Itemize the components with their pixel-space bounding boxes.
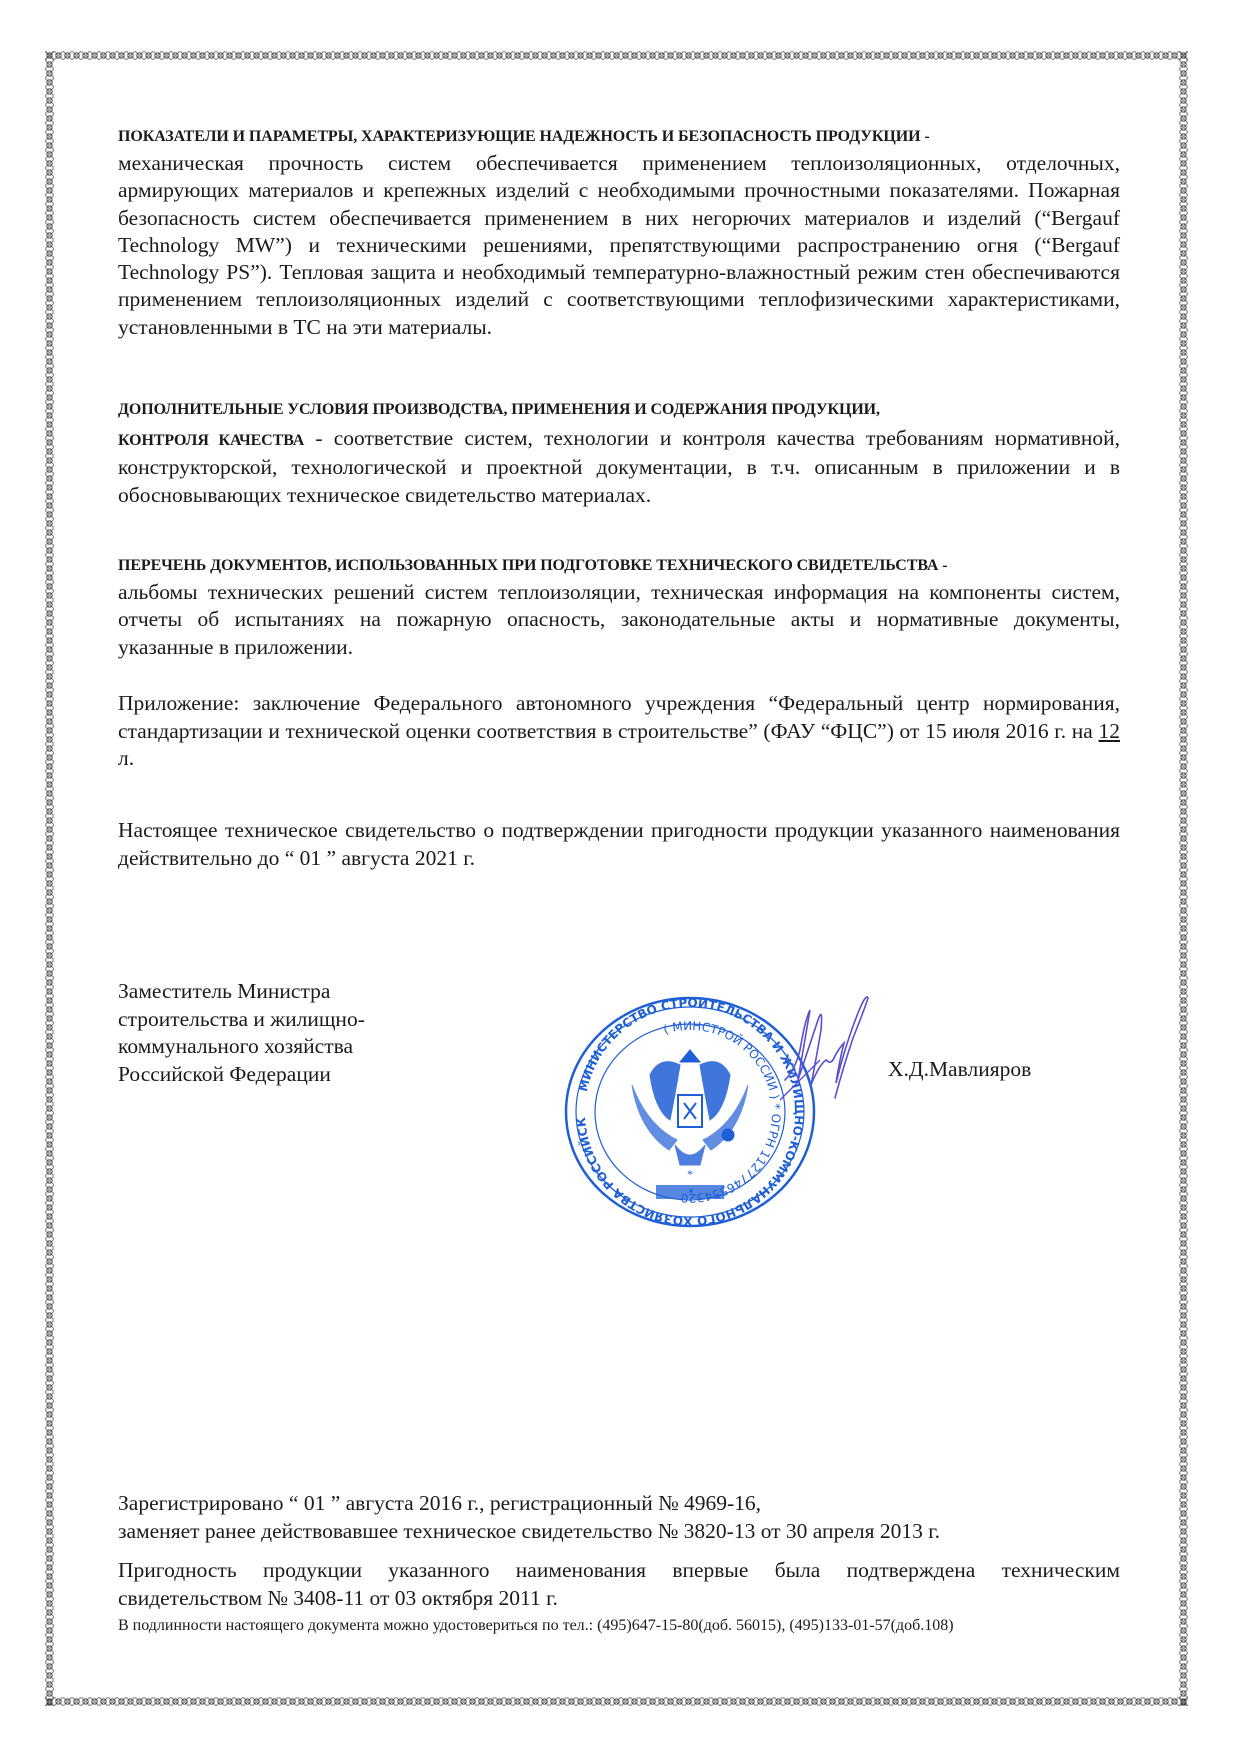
appendix-text-end: л. [118, 746, 134, 770]
section-body: механическая прочность систем обеспечива… [118, 150, 1120, 341]
signatory-position: Заместитель Министра строительства и жил… [118, 978, 365, 1088]
svg-text:*: * [687, 1167, 693, 1181]
first-confirmation-text: Пригодность продукции указанного наимено… [118, 1556, 1120, 1612]
appendix-text: Приложение: заключение Федерального авто… [118, 690, 1120, 773]
registration-line-2: заменяет ранее действовавшее техническое… [118, 1517, 1120, 1545]
appendix-pages: 12 [1099, 719, 1121, 743]
signatory-line: коммунального хозяйства [118, 1033, 365, 1061]
border-top [45, 51, 1188, 60]
section-heading: ПЕРЕЧЕНЬ ДОКУМЕНТОВ, ИСПОЛЬЗОВАННЫХ ПРИ … [118, 555, 1120, 577]
signatory-line: строительства и жилищно- [118, 1006, 365, 1034]
verification-note: В подлинности настоящего документа можно… [118, 1617, 954, 1635]
registration-info: Зарегистрировано “ 01 ” августа 2016 г.,… [118, 1489, 1120, 1545]
appendix-paragraph: Приложение: заключение Федерального авто… [118, 690, 1120, 773]
signatory-line: Заместитель Министра [118, 978, 365, 1006]
registration-line-1: Зарегистрировано “ 01 ” августа 2016 г.,… [118, 1489, 1120, 1517]
border-bottom [45, 1697, 1188, 1706]
border-left [45, 51, 54, 1706]
section-documents-list: ПЕРЕЧЕНЬ ДОКУМЕНТОВ, ИСПОЛЬЗОВАННЫХ ПРИ … [118, 555, 1120, 661]
section-heading: ДОПОЛНИТЕЛЬНЫЕ УСЛОВИЯ ПРОИЗВОДСТВА, ПРИ… [118, 399, 1120, 421]
section-additional-conditions: ДОПОЛНИТЕЛЬНЫЕ УСЛОВИЯ ПРОИЗВОДСТВА, ПРИ… [118, 399, 1120, 509]
section-reliability-safety: ПОКАЗАТЕЛИ И ПАРАМЕТРЫ, ХАРАКТЕРИЗУЮЩИЕ … [118, 126, 1120, 341]
section-heading: ПОКАЗАТЕЛИ И ПАРАМЕТРЫ, ХАРАКТЕРИЗУЮЩИЕ … [118, 126, 1120, 148]
validity-text: Настоящее техническое свидетельство о по… [118, 817, 1120, 872]
appendix-text-main: Приложение: заключение Федерального авто… [118, 691, 1120, 743]
validity-paragraph: Настоящее техническое свидетельство о по… [118, 817, 1120, 872]
border-right [1179, 51, 1188, 1706]
signatory-name: Х.Д.Мавлияров [888, 1057, 1031, 1082]
section-body: альбомы технических решений систем тепло… [118, 579, 1120, 661]
section-heading-cont: КОНТРОЛЯ КАЧЕСТВА [118, 432, 304, 449]
first-confirmation: Пригодность продукции указанного наимено… [118, 1556, 1120, 1612]
section-body: КОНТРОЛЯ КАЧЕСТВА - соответствие систем,… [118, 425, 1120, 509]
signatory-line: Российской Федерации [118, 1061, 365, 1089]
